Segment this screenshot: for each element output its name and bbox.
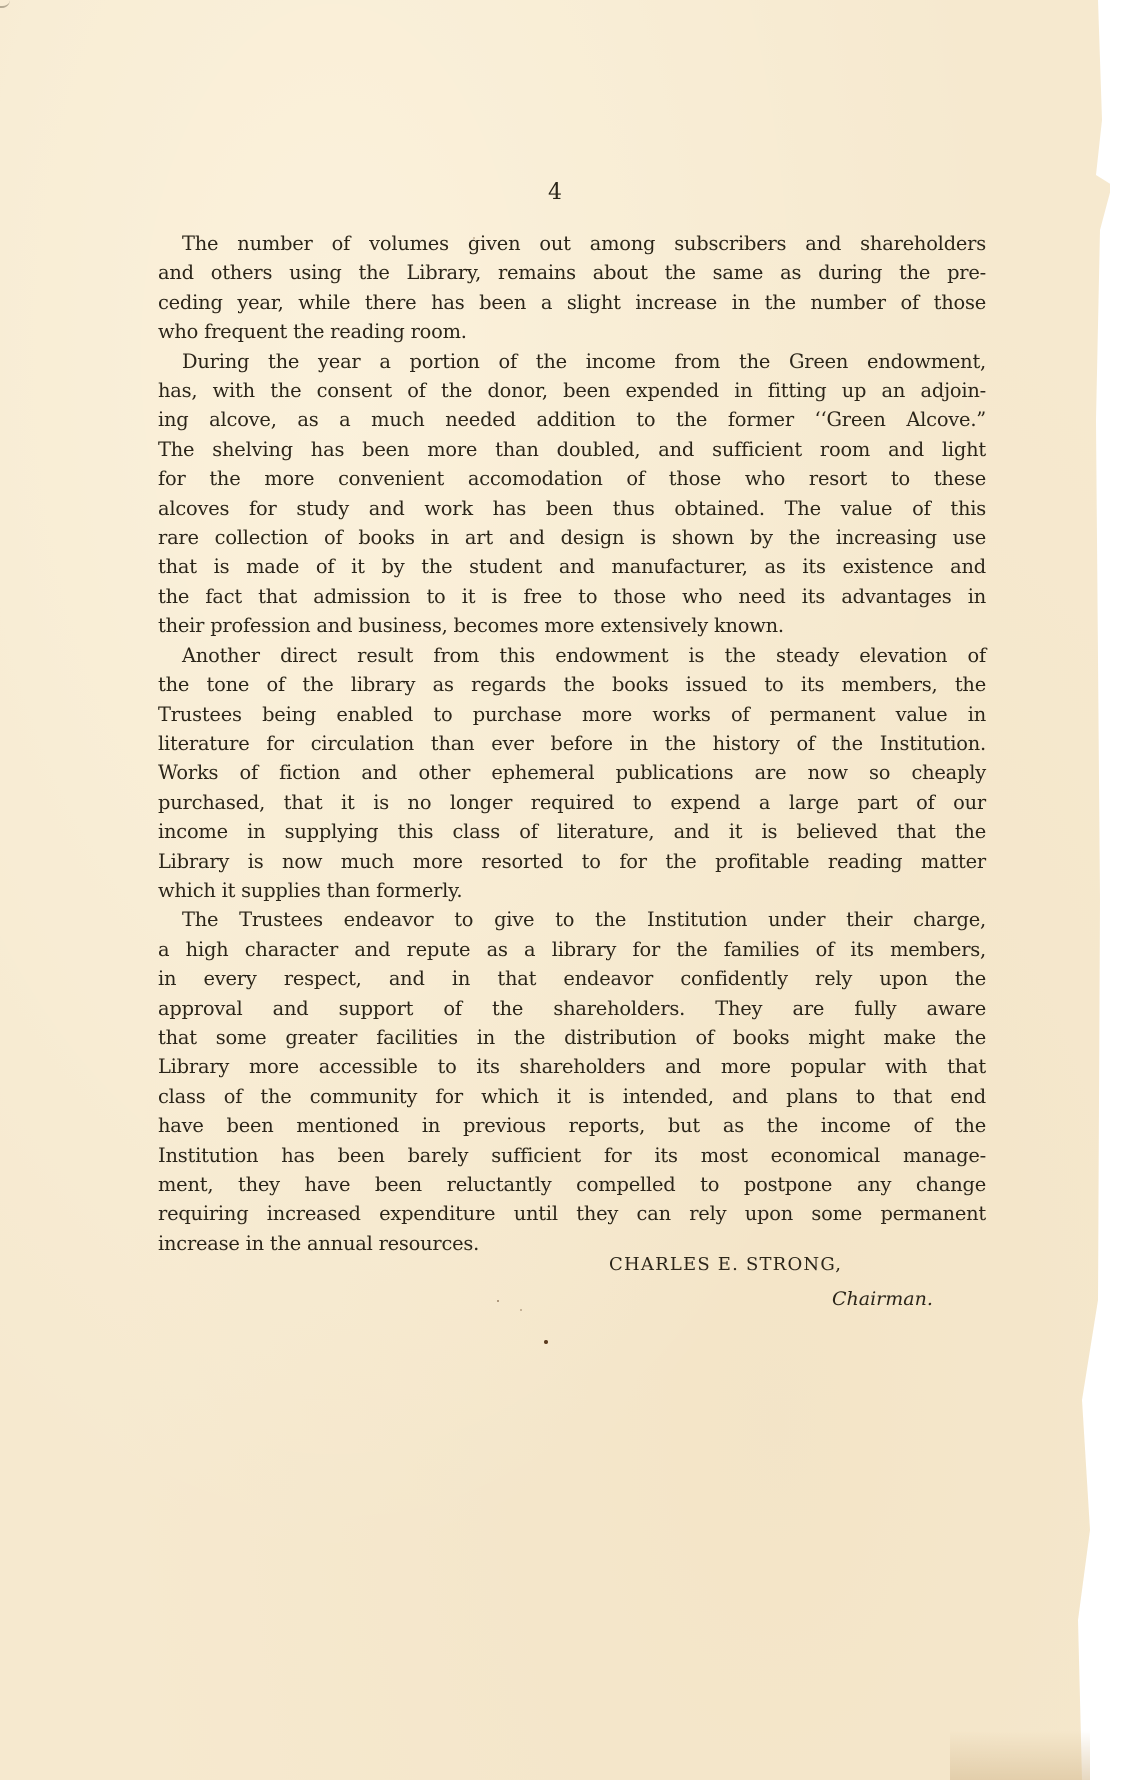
text-line: Library more accessible to its sharehold… [134, 1052, 986, 1081]
text-line: The Trustees endeavor to give to the Ins… [134, 905, 986, 934]
text-line: The shelving has been more than doubled,… [134, 435, 986, 464]
text-line: a high character and repute as a library… [134, 935, 986, 964]
text-line: requiring increased expenditure until th… [134, 1199, 986, 1228]
text-line: Library is now much more resorted to for… [134, 847, 986, 876]
text-line: the tone of the library as regards the b… [134, 670, 986, 699]
text-line: for the more convenient accomodation of … [134, 464, 986, 493]
text-line: the fact that admission to it is free to… [134, 582, 986, 611]
paragraph-1: The number of volumes given out among su… [134, 229, 986, 347]
text-line: Another direct result from this endowmen… [134, 641, 986, 670]
text-line: Works of fiction and other ephemeral pub… [134, 758, 986, 787]
text-line: The number of volumes given out among su… [134, 229, 986, 258]
paragraph-4: The Trustees endeavor to give to the Ins… [134, 905, 986, 1258]
paragraph-2: During the year a portion of the income … [134, 347, 986, 641]
text-line: purchased, that it is no longer required… [134, 788, 986, 817]
text-line: rare collection of books in art and desi… [134, 523, 986, 552]
ink-speck [520, 1309, 522, 1311]
text-line: ing alcove, as a much needed addition to… [134, 405, 986, 434]
text-line: During the year a portion of the income … [134, 347, 986, 376]
text-line: income in supplying this class of litera… [134, 817, 986, 846]
signature-title: Chairman. [832, 1288, 933, 1310]
text-line: alcoves for study and work has been thus… [134, 494, 986, 523]
text-line: class of the community for which it is i… [134, 1082, 986, 1111]
text-line: approval and support of the shareholders… [134, 994, 986, 1023]
text-line: Institution has been barely sufficient f… [134, 1141, 986, 1170]
paragraph-3: Another direct result from this endowmen… [134, 641, 986, 906]
ink-speck [544, 1340, 548, 1344]
text-line: have been mentioned in previous reports,… [134, 1111, 986, 1140]
text-line: Trustees being enabled to purchase more … [134, 700, 986, 729]
text-line: that is made of it by the student and ma… [134, 552, 986, 581]
text-line: increase in the annual resources. [134, 1229, 986, 1258]
ink-speck [473, 237, 475, 239]
text-line: that some greater facilities in the dist… [134, 1023, 986, 1052]
ink-speck [497, 1300, 499, 1302]
text-line: in every respect, and in that endeavor c… [134, 964, 986, 993]
text-line: their profession and business, becomes m… [134, 611, 986, 640]
text-line: has, with the consent of the donor, been… [134, 376, 986, 405]
text-line: literature for circulation than ever bef… [134, 729, 986, 758]
text-line: ment, they have been reluctantly compell… [134, 1170, 986, 1199]
page-number: 4 [0, 180, 1110, 205]
text-line: who frequent the reading room. [134, 317, 986, 346]
signature-name: CHARLES E. STRONG, [609, 1254, 842, 1275]
body-text: The number of volumes given out among su… [134, 229, 986, 1258]
text-line: ceding year, while there has been a slig… [134, 288, 986, 317]
paper-stain [950, 1730, 1090, 1780]
text-line: which it supplies than formerly. [134, 876, 986, 905]
text-line: and others using the Library, remains ab… [134, 258, 986, 287]
